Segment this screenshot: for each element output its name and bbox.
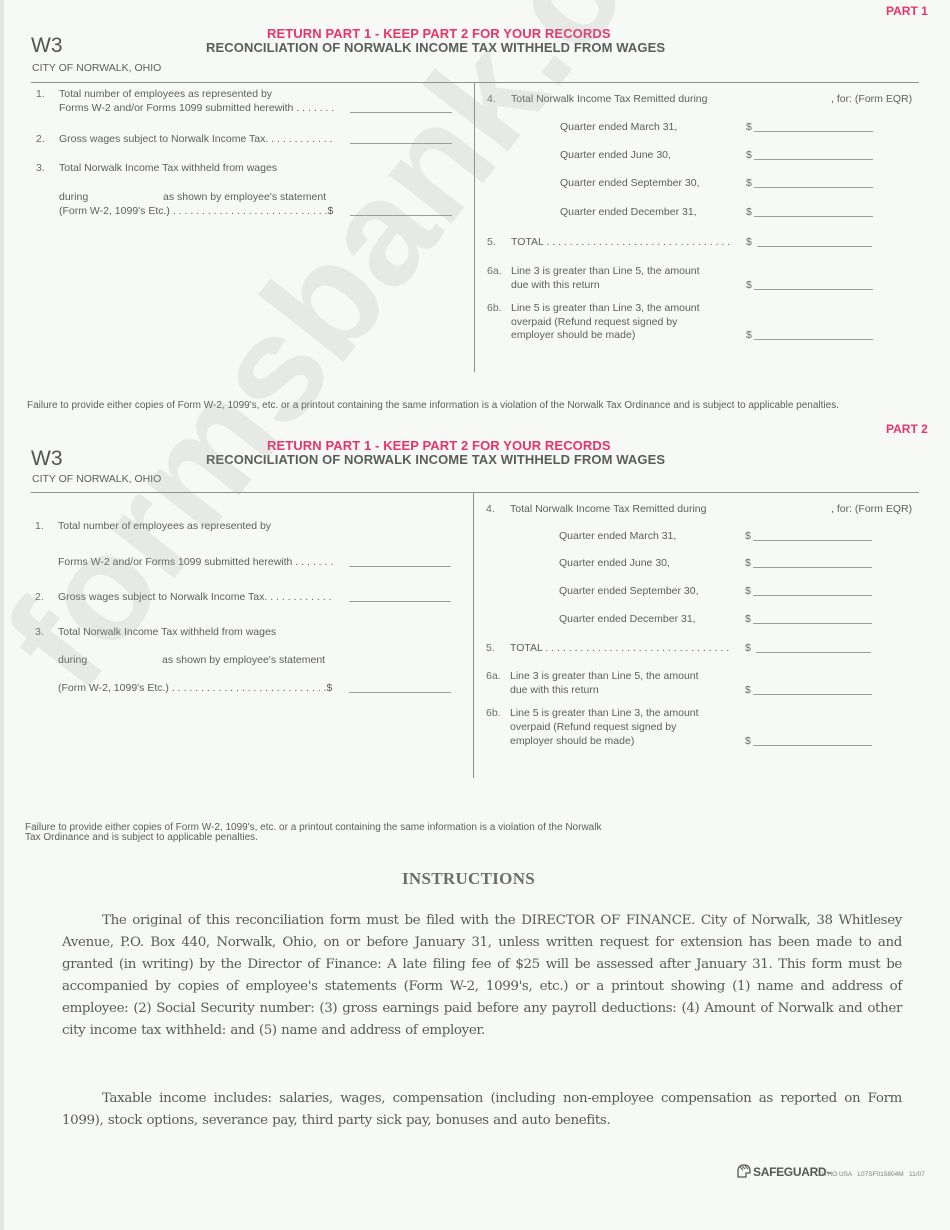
currency-symbol: $ — [745, 642, 751, 654]
amount-overpaid-field[interactable] — [754, 339, 873, 340]
instructions-body: Taxable income includes: salaries, wages… — [62, 1088, 902, 1132]
form-id: W3 — [31, 447, 63, 471]
line-number: 4. — [487, 93, 496, 105]
quarter-label: Quarter ended March 31, — [559, 530, 676, 542]
line3-year-field[interactable] — [91, 654, 159, 666]
return-instruction: RETURN PART 1 - KEEP PART 2 FOR YOUR REC… — [267, 438, 611, 453]
quarter-december-amount-field[interactable] — [753, 623, 872, 624]
line3-label-cont: (Form W-2, 1099's Etc.) . . . . . . . . … — [59, 205, 333, 217]
quarter-september-amount-field[interactable] — [753, 595, 872, 596]
line1-label-cont: Forms W-2 and/or Forms 1099 submitted he… — [58, 556, 333, 568]
header-rule — [31, 492, 919, 493]
header-rule — [31, 82, 919, 83]
form-title: RECONCILIATION OF NORWALK INCOME TAX WIT… — [206, 452, 665, 467]
currency-symbol: $ — [745, 684, 751, 696]
line3-shown-label: as shown by employee's statement — [162, 654, 325, 666]
line3-during-label: during — [58, 654, 87, 666]
line6a-label: Line 3 is greater than Line 5, the amoun… — [510, 670, 699, 682]
line-number: 1. — [36, 88, 45, 100]
line-number: 3. — [36, 162, 45, 174]
line-number: 3. — [35, 626, 44, 638]
line1-label: Total number of employees as represented… — [59, 88, 272, 100]
currency-symbol: $ — [746, 177, 752, 189]
line-number: 6b. — [486, 707, 501, 719]
line4-form-ref: , for: (Form EQR) — [831, 503, 912, 515]
amount-overpaid-field[interactable] — [753, 745, 872, 746]
taxable-income-paragraph: Taxable income includes: salaries, wages… — [62, 1088, 902, 1132]
return-instruction: RETURN PART 1 - KEEP PART 2 FOR YOUR REC… — [267, 26, 611, 41]
line2-label: Gross wages subject to Norwalk Income Ta… — [59, 133, 333, 145]
instructions-title: INSTRUCTIONS — [402, 869, 535, 889]
line1-label-cont: Forms W-2 and/or Forms 1099 submitted he… — [59, 102, 334, 114]
total-amount-field[interactable] — [756, 652, 871, 653]
line2-label: Gross wages subject to Norwalk Income Ta… — [58, 591, 332, 603]
part-label: PART 2 — [886, 422, 928, 436]
currency-symbol: $ — [745, 557, 751, 569]
part-label: PART 1 — [886, 4, 928, 18]
line6b-label-cont: overpaid (Refund request signed by — [511, 316, 677, 328]
currency-symbol: $ — [745, 530, 751, 542]
total-label: TOTAL . . . . . . . . . . . . . . . . . … — [510, 642, 729, 654]
currency-symbol: $ — [746, 121, 752, 133]
line4-label: Total Norwalk Income Tax Remitted during — [510, 503, 706, 515]
line3-year-field[interactable] — [92, 191, 160, 203]
line6a-label-cont: due with this return — [511, 279, 600, 291]
form-title: RECONCILIATION OF NORWALK INCOME TAX WIT… — [206, 40, 665, 55]
line4-year-field[interactable] — [720, 93, 830, 105]
line6b-label-cont: employer should be made) — [511, 329, 635, 341]
penalty-notice: Failure to provide either copies of Form… — [27, 400, 839, 411]
amount-due-field[interactable] — [753, 694, 872, 695]
line2-gross-wages-field[interactable] — [350, 143, 452, 144]
line4-form-ref: , for: (Form EQR) — [831, 93, 912, 105]
currency-symbol: $ — [746, 206, 752, 218]
quarter-label: Quarter ended June 30, — [559, 557, 670, 569]
currency-symbol: $ — [745, 613, 751, 625]
city-name: CITY OF NORWALK, OHIO — [32, 62, 161, 74]
quarter-september-amount-field[interactable] — [754, 187, 873, 188]
line3-tax-withheld-field[interactable] — [349, 692, 451, 693]
line6b-label: Line 5 is greater than Line 3, the amoun… — [511, 302, 700, 314]
line6b-label-cont: employer should be made) — [510, 735, 634, 747]
quarter-march-amount-field[interactable] — [754, 131, 873, 132]
line3-during-label: during — [59, 191, 88, 203]
line-number: 1. — [35, 520, 44, 532]
line-number: 6b. — [487, 302, 502, 314]
line4-year-field[interactable] — [720, 503, 830, 515]
line1-employee-count-field[interactable] — [350, 112, 452, 113]
column-divider — [473, 492, 474, 778]
quarter-june-amount-field[interactable] — [753, 567, 872, 568]
total-amount-field[interactable] — [757, 246, 872, 247]
line-number: 2. — [35, 591, 44, 603]
instructions-body: The original of this reconciliation form… — [62, 910, 902, 1042]
penalty-notice-cont: Tax Ordinance and is subject to applicab… — [25, 832, 258, 843]
line3-label: Total Norwalk Income Tax withheld from w… — [58, 626, 276, 638]
quarter-label: Quarter ended September 30, — [560, 177, 700, 189]
line6b-label: Line 5 is greater than Line 3, the amoun… — [510, 707, 699, 719]
helmet-icon — [736, 1163, 752, 1179]
currency-symbol: $ — [745, 585, 751, 597]
instructions-paragraph: The original of this reconciliation form… — [62, 910, 902, 1042]
page-edge — [0, 0, 4, 1230]
line1-label: Total number of employees as represented… — [58, 520, 271, 532]
quarter-march-amount-field[interactable] — [753, 540, 872, 541]
quarter-label: Quarter ended March 31, — [560, 121, 677, 133]
line2-gross-wages-field[interactable] — [349, 601, 451, 602]
line1-employee-count-field[interactable] — [349, 566, 451, 567]
quarter-label: Quarter ended June 30, — [560, 149, 671, 161]
line-number: 6a. — [486, 670, 501, 682]
city-name: CITY OF NORWALK, OHIO — [32, 473, 161, 485]
line6b-label-cont: overpaid (Refund request signed by — [510, 721, 676, 733]
line-number: 2. — [36, 133, 45, 145]
line3-tax-withheld-field[interactable] — [350, 215, 452, 216]
quarter-december-amount-field[interactable] — [754, 216, 873, 217]
line-number: 6a. — [487, 265, 502, 277]
print-code: LITHO USA L07SF015804M 11/07 — [818, 1171, 925, 1178]
total-label: TOTAL . . . . . . . . . . . . . . . . . … — [511, 236, 730, 248]
line-number: 5. — [486, 642, 495, 654]
form-id: W3 — [31, 34, 63, 58]
column-divider — [474, 82, 475, 372]
currency-symbol: $ — [745, 735, 751, 747]
amount-due-field[interactable] — [754, 289, 873, 290]
line6a-label: Line 3 is greater than Line 5, the amoun… — [511, 265, 700, 277]
line-number: 4. — [486, 503, 495, 515]
line3-label: Total Norwalk Income Tax withheld from w… — [59, 162, 277, 174]
quarter-label: Quarter ended December 31, — [560, 206, 697, 218]
logo-text: SAFEGUARD — [753, 1165, 826, 1179]
quarter-june-amount-field[interactable] — [754, 159, 873, 160]
quarter-label: Quarter ended September 30, — [559, 585, 699, 597]
line3-label-cont: (Form W-2, 1099's Etc.) . . . . . . . . … — [58, 682, 332, 694]
currency-symbol: $ — [746, 149, 752, 161]
currency-symbol: $ — [746, 236, 752, 248]
line4-label: Total Norwalk Income Tax Remitted during — [511, 93, 707, 105]
currency-symbol: $ — [746, 279, 752, 291]
line3-shown-label: as shown by employee's statement — [163, 191, 326, 203]
quarter-label: Quarter ended December 31, — [559, 613, 696, 625]
line-number: 5. — [487, 236, 496, 248]
currency-symbol: $ — [746, 329, 752, 341]
line6a-label-cont: due with this return — [510, 684, 599, 696]
